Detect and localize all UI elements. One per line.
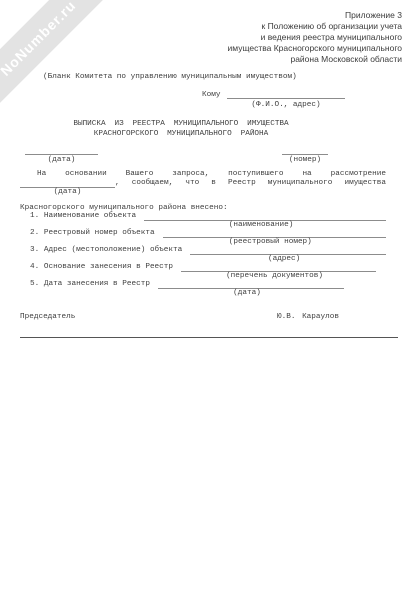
appendix-header-line: района Московской области [228, 54, 402, 65]
date-hint: (дата) [25, 156, 98, 165]
appendix-header-line: и ведения реестра муниципального [228, 32, 402, 43]
signature-role: Председатель [20, 313, 75, 322]
document-title-line2: КРАСНОГОРСКОГО МУНИЦИПАЛЬНОГО РАЙОНА [20, 130, 342, 139]
form-item-basis: 4. Основание занесения в Реестр [30, 263, 376, 272]
form-item-hint: (дата) [150, 289, 344, 298]
recipient-blank-line [227, 90, 345, 99]
bottom-divider [20, 337, 398, 338]
recipient-hint: (Ф.И.О., адрес) [227, 101, 345, 110]
form-item-address: 3. Адрес (местоположение) объекта [30, 246, 386, 255]
body-paragraph-line2-text: , сообщаем, что в Реестр муниципального … [115, 179, 386, 188]
form-item-label: 5. Дата занесения в Реестр [30, 280, 150, 289]
request-date-blank-line [20, 179, 115, 188]
body-paragraph-line2: , сообщаем, что в Реестр муниципального … [20, 179, 386, 188]
form-item-label: 2. Реестровый номер объекта [30, 229, 155, 238]
appendix-header-line: Приложение 3 [228, 10, 402, 21]
number-hint: (номер) [282, 156, 328, 165]
document-page: NoNumber.ru Приложение 3 к Положению об … [0, 0, 420, 600]
form-item-entry-date: 5. Дата занесения в Реестр [30, 280, 344, 289]
form-item-label: 4. Основание занесения в Реестр [30, 263, 173, 272]
signature-name: Ю.В. Караулов [277, 313, 339, 322]
form-item-label: 1. Наименование объекта [30, 212, 136, 221]
watermark-band: NoNumber.ru [0, 0, 108, 108]
date-blank-line [25, 146, 98, 155]
watermark-text: NoNumber.ru [0, 0, 79, 79]
form-item-label: 3. Адрес (местоположение) объекта [30, 246, 182, 255]
appendix-header-line: имущества Красногорского муниципального [228, 43, 402, 54]
form-item-registry-number: 2. Реестровый номер объекта [30, 229, 386, 238]
request-date-hint: (дата) [30, 188, 105, 197]
recipient-label: Кому [202, 91, 220, 100]
appendix-header-line: к Положению об организации учета [228, 21, 402, 32]
letterhead-note: (Бланк Комитета по управлению муниципаль… [43, 73, 297, 82]
form-item-name: 1. Наименование объекта [30, 212, 386, 221]
appendix-header: Приложение 3 к Положению об организации … [228, 10, 402, 65]
form-item-hint-row: 5. Дата занесения в Реестр (дата) [30, 289, 344, 298]
body-paragraph-line1: На основании Вашего запроса, поступившег… [20, 170, 386, 179]
document-title-line1: ВЫПИСКА ИЗ РЕЕСТРА МУНИЦИПАЛЬНОГО ИМУЩЕС… [20, 120, 342, 129]
number-blank-line [282, 146, 328, 155]
